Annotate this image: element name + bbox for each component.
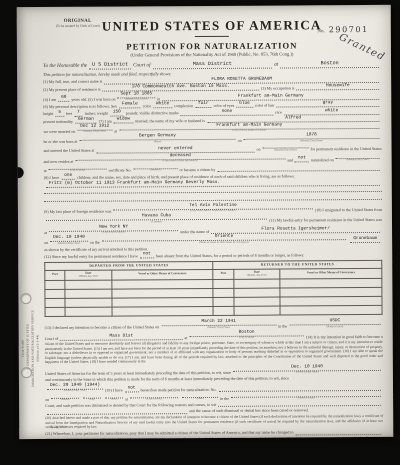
table-column-subheader: (Month, day, year) bbox=[236, 274, 277, 277]
table-column-header: Vessel or Other Means of Conveyance bbox=[280, 268, 382, 278]
typed-entry: Mass District bbox=[153, 62, 273, 69]
typed-entry: 1878(Month) (Day) (Year) bbox=[244, 133, 380, 143]
table-cell bbox=[45, 307, 65, 316]
typed-entry: not bbox=[295, 156, 309, 162]
typed-entry: blue bbox=[236, 102, 253, 108]
typed-text: Boston bbox=[280, 61, 379, 68]
table-cell bbox=[65, 289, 111, 298]
printed-label: color bbox=[143, 104, 151, 109]
typed-text bbox=[218, 402, 381, 408]
typed-entry: German bbox=[75, 117, 97, 123]
typed-entry: Frankfurt am-Main Germany(City or town) … bbox=[119, 123, 379, 134]
table-cell bbox=[214, 306, 234, 315]
printed-label: on bbox=[238, 138, 242, 143]
blank-field: (City or town) bbox=[130, 393, 178, 401]
table-row bbox=[45, 306, 382, 317]
form-line: Court ofMass DistatBoston(City or town)(… bbox=[45, 330, 383, 341]
printed-label: and entered the United States at bbox=[44, 148, 95, 153]
typed-text: Alfred bbox=[207, 116, 379, 123]
typed-entry: Bergen Germany(Place) bbox=[79, 134, 235, 144]
form-line: To the Honorable theU S DistrictCourt of… bbox=[43, 61, 381, 70]
typed-entry: Boston(City or town) bbox=[189, 330, 303, 340]
printed-label: Court, and such petition was dismissed o… bbox=[45, 402, 216, 408]
typed-entry: March 22 1941(Month) (Day) (Year) bbox=[161, 320, 276, 330]
typed-entry: Dec. 10 1940(Month) (Day) (Year) bbox=[50, 236, 88, 245]
field-caption: (Month) (Day) (Year) bbox=[274, 149, 297, 152]
typed-entry: 60 bbox=[58, 96, 69, 102]
form-line: atNew York NY(City or town) (State)under… bbox=[44, 224, 382, 235]
form-line: Dec. 20 1940 (1944)(Month) (Day) (Year)(… bbox=[45, 381, 383, 392]
typed-text bbox=[295, 430, 381, 435]
field-caption: (Place) bbox=[154, 141, 161, 144]
typed-text: 60 bbox=[58, 96, 69, 102]
printed-label: on bbox=[256, 147, 260, 152]
typed-entry: USDC(Name of court) bbox=[289, 319, 381, 329]
table-cell bbox=[234, 288, 280, 297]
blank-field bbox=[218, 402, 381, 408]
field-caption: (City, town, district, or province) (Cou… bbox=[190, 210, 235, 213]
typed-text: not bbox=[125, 386, 139, 392]
typed-text: 150 bbox=[110, 110, 124, 116]
printed-label: (11) My lawful entry for permanent resid… bbox=[269, 217, 382, 223]
printed-label: at bbox=[125, 396, 128, 401]
printed-label: on the bbox=[90, 240, 100, 245]
printed-label: (13) I declared my intention to become a… bbox=[45, 325, 160, 331]
typed-text: White bbox=[153, 103, 172, 109]
field-caption: (City or town) (State) bbox=[102, 232, 124, 235]
printed-label: This petition for naturalization, hereby… bbox=[43, 71, 172, 77]
typed-entry: Frankfurt am-Main Germany bbox=[162, 94, 379, 101]
typed-text: not bbox=[295, 156, 309, 162]
field-caption: (Month) (Day) (Year) bbox=[58, 242, 81, 245]
typed-text: widow bbox=[114, 117, 133, 123]
table-column-header: Date(Month, day, year) bbox=[65, 270, 111, 280]
field-caption: (City or town) (State or country) bbox=[232, 130, 266, 133]
table-column-subheader: (Month, day, year) bbox=[68, 275, 109, 278]
form-line: (12) Since my lawful entry for permanent… bbox=[44, 251, 382, 259]
blank-field bbox=[295, 430, 381, 435]
blank-field bbox=[219, 386, 382, 392]
table-cell bbox=[234, 306, 280, 315]
blank-field: (City or town) bbox=[49, 165, 107, 173]
typed-entry: Dec. 20 1940 (1944)(Month) (Day) (Year) bbox=[47, 383, 103, 393]
printed-label: and bbox=[287, 157, 293, 162]
table-column-header: Date(Month, day, year) bbox=[234, 269, 280, 279]
field-caption: (Month) (Day) (Year) bbox=[300, 140, 323, 143]
table-cell bbox=[234, 279, 280, 288]
field-caption: (Year) bbox=[111, 399, 118, 402]
typed-entry: deceased(City or town) (State and countr… bbox=[75, 153, 285, 164]
form-line: and now resides atdeceased(City or town)… bbox=[44, 153, 382, 164]
printed-label: color of hair bbox=[255, 103, 275, 108]
printed-label: and the cause of such dismissal or denia… bbox=[189, 408, 309, 414]
table-cell bbox=[213, 288, 233, 297]
form-line bbox=[44, 195, 382, 203]
typed-entry: gray bbox=[277, 101, 380, 108]
typed-text: German bbox=[75, 117, 97, 123]
field-caption: (City or town) (State and country) bbox=[163, 160, 198, 163]
field-caption: (Month) bbox=[61, 399, 70, 402]
typed-text: fair bbox=[195, 102, 212, 108]
table-column-header: Port bbox=[45, 270, 65, 280]
blank-field: (Name of court) bbox=[231, 392, 381, 401]
typed-entry: none bbox=[181, 109, 274, 116]
printed-label: and now resides at bbox=[44, 159, 74, 164]
blank-field: (Day) bbox=[83, 394, 101, 402]
typed-entry: Dec. 10 1940(Month) (Day) (Year) bbox=[233, 365, 381, 375]
typed-text: Housewife bbox=[296, 84, 379, 91]
table-column-header: Port bbox=[213, 269, 233, 279]
field-caption: (Country) bbox=[151, 221, 161, 224]
blank-field: (Year) bbox=[105, 393, 123, 401]
typed-entry: 5 bbox=[55, 110, 64, 116]
print-code: 14—26398-1 bbox=[49, 425, 66, 429]
printed-label: (21) Wherefore, I, your petitioner for n… bbox=[45, 430, 293, 437]
typed-entry: Mass Dist bbox=[60, 334, 182, 341]
printed-label: for permanent residence in the United St… bbox=[310, 146, 381, 152]
typed-entry: New York NY(City or town) (State) bbox=[49, 225, 178, 235]
table-cell bbox=[213, 279, 233, 288]
table-cell bbox=[45, 280, 65, 289]
form-line bbox=[44, 187, 382, 195]
printed-label: at bbox=[44, 230, 47, 235]
printed-label: at bbox=[184, 335, 187, 340]
printed-label: (6) My personal description is as follow… bbox=[43, 104, 117, 110]
blank-field: (Month) (Day) (Year) bbox=[336, 154, 380, 162]
field-caption: (Month) (Day) (Year) bbox=[346, 159, 369, 162]
typed-entry: not bbox=[125, 386, 139, 392]
typed-text bbox=[47, 409, 187, 414]
printed-label: complexion bbox=[174, 103, 193, 108]
typed-text bbox=[217, 166, 379, 172]
printed-label: (14) It is my intention in good faith to… bbox=[306, 334, 383, 340]
punch-hole-ring-1 bbox=[20, 293, 31, 304]
printed-label: or became a citizen by bbox=[179, 167, 215, 172]
typed-text bbox=[219, 386, 382, 392]
printed-label: been absent from the United States, for … bbox=[156, 252, 305, 258]
printed-label: Court of bbox=[133, 62, 150, 69]
typed-text: white bbox=[284, 108, 379, 115]
printed-label: (2) My present place of residence is bbox=[43, 86, 100, 92]
typed-entry: not bbox=[140, 252, 154, 258]
printed-label: United States of America for the term of… bbox=[45, 370, 231, 376]
typed-entry: Housewife bbox=[296, 84, 379, 91]
form-section-declaration: (13) I declared my intention to become a… bbox=[45, 319, 383, 341]
attachments-paragraph: (20) Attached hereto and made a part of … bbox=[45, 414, 383, 429]
typed-entry: Flora Rosetta Igersheimer/ bbox=[211, 227, 380, 234]
printed-label: years old. (5) I was born on bbox=[71, 97, 115, 102]
printed-label: (9) My last place of foreign residence w… bbox=[44, 209, 111, 215]
typed-entry: Boston bbox=[280, 61, 379, 68]
header-rule bbox=[195, 36, 229, 37]
printed-label: in the bbox=[220, 395, 229, 400]
table-cell bbox=[65, 280, 111, 289]
original-subtitle: (To be retained by Clerk of Court) bbox=[47, 24, 109, 28]
table-cell bbox=[280, 306, 382, 316]
field-caption: (Day) bbox=[89, 399, 95, 402]
printed-label: at bbox=[44, 168, 47, 173]
typed-text: 370 Commonwealth Ave. Boston 15 Mass. bbox=[102, 84, 259, 91]
table-cell bbox=[65, 307, 111, 316]
printed-label: To the Honorable the bbox=[43, 63, 87, 70]
field-caption: (Month) (Day) (Year) bbox=[64, 390, 87, 393]
petition-number-value: 290701 bbox=[329, 25, 369, 34]
printed-label: (8) I have bbox=[44, 175, 60, 180]
field-caption: (Name of court) bbox=[298, 397, 315, 400]
printed-label: naturalized on bbox=[311, 157, 334, 162]
typed-text: Grunebaum bbox=[350, 237, 380, 243]
field-caption: (Name of court) bbox=[327, 326, 344, 329]
typed-entry: Grunebaum bbox=[350, 237, 380, 243]
typed-entry: one bbox=[61, 174, 75, 180]
printed-label: at bbox=[274, 62, 278, 69]
typed-text: blue bbox=[236, 102, 253, 108]
printed-label: (1) My full, true, and correct name is bbox=[43, 79, 102, 85]
table-cell bbox=[213, 297, 233, 306]
form-line: Havana Cuba(Country)(11) My lawful entry… bbox=[44, 213, 382, 224]
typed-text: Female bbox=[119, 103, 141, 109]
form-line: (13) I declared my intention to become a… bbox=[45, 319, 383, 330]
blank-field: (State) bbox=[182, 393, 218, 401]
blank-field: (Number) bbox=[133, 164, 177, 172]
typed-entry: Tel Aviv Palestine(City, town, district,… bbox=[113, 203, 312, 213]
field-caption: (Month) (Day) (Year) bbox=[296, 371, 319, 374]
field-caption: (Month) (Day) (Year) bbox=[84, 131, 107, 134]
table-cell bbox=[112, 307, 214, 317]
field-caption: (City or town) bbox=[239, 337, 254, 340]
printed-label: height bbox=[43, 111, 53, 116]
typed-entry: Sept 18 1885(Month) (Day) (Year) bbox=[117, 92, 155, 101]
typed-text: one bbox=[61, 174, 75, 180]
table-cell bbox=[234, 297, 280, 306]
typed-entry: Havana Cuba(Country) bbox=[46, 214, 267, 225]
oath-paragraph: (22) I, aforesaid petitioner, do swear (… bbox=[45, 436, 383, 439]
printed-label: heretofore made petition for naturalizat… bbox=[141, 387, 217, 393]
printed-label: (19) I have bbox=[105, 387, 123, 392]
typed-entry: White bbox=[153, 103, 172, 109]
typed-entry: white bbox=[284, 108, 379, 115]
printed-label: feet bbox=[66, 111, 72, 116]
field-caption: (Number) bbox=[150, 170, 160, 173]
printed-label: under the name of bbox=[180, 229, 209, 234]
typed-entry: 150 bbox=[110, 110, 124, 116]
typed-entry: fair bbox=[195, 102, 212, 108]
printed-label: we were married on bbox=[43, 129, 75, 134]
form-section-top: To the Honorable theU S DistrictCourt of… bbox=[43, 61, 382, 259]
printed-label: inches; weight bbox=[85, 111, 108, 116]
typed-entry: Alfred bbox=[207, 116, 379, 123]
printed-label: present nationality bbox=[43, 118, 73, 123]
blank-field: (Month) bbox=[51, 394, 79, 402]
typed-text: 7 bbox=[74, 110, 83, 116]
printed-label: in the bbox=[278, 324, 287, 329]
typed-text: Flora Rosetta Igersheimer/ bbox=[211, 227, 380, 234]
printed-label: (12) Since my lawful entry for permanent… bbox=[44, 253, 138, 259]
printed-label: (4) I am bbox=[43, 97, 56, 102]
punch-hole-dark bbox=[17, 167, 24, 178]
form-line: (9) My last place of foreign residence w… bbox=[44, 203, 382, 214]
printed-label: Court of bbox=[45, 336, 58, 341]
printed-label: married; the name of my wife or husband … bbox=[135, 118, 205, 124]
printed-label: color of eyes bbox=[214, 103, 235, 108]
table-cell bbox=[65, 298, 111, 307]
printed-label: certificate No. bbox=[109, 167, 132, 172]
printed-label: as shown by the certificate of my arriva… bbox=[44, 246, 148, 252]
printed-label: on bbox=[44, 240, 48, 245]
table-cell bbox=[45, 298, 65, 307]
typed-text: U S District bbox=[89, 63, 131, 70]
field-caption: (Name of vessel or other means of convey… bbox=[199, 241, 249, 244]
form-line: he or she was born atBergen Germany(Plac… bbox=[43, 133, 381, 144]
original-copy-label: ORIGINAL (To be retained by Clerk of Cou… bbox=[47, 19, 109, 28]
typed-text: Mass District bbox=[153, 62, 273, 69]
typed-entry: 7 bbox=[74, 110, 83, 116]
petition-number-label: No. bbox=[317, 29, 324, 34]
punch-hole-ring-2 bbox=[21, 367, 32, 378]
typed-text: 5 bbox=[55, 110, 64, 116]
printed-label: (10) I emigrated to the United States fr… bbox=[315, 207, 382, 213]
typed-text: Frankfurt am-Main Germany bbox=[162, 94, 379, 101]
blank-field: (Month) (Day) (Year) bbox=[262, 144, 308, 152]
printed-label: (3) My occupation is bbox=[261, 85, 294, 90]
table-column-header: Vessel or Other Means of Conveyance bbox=[111, 269, 213, 279]
typed-entry: Oriente(Name of vessel or other means of… bbox=[102, 234, 347, 245]
form-line: United States of America for the term of… bbox=[45, 365, 383, 376]
printed-label: at bbox=[114, 129, 117, 134]
field-caption: (City or town) bbox=[70, 170, 85, 173]
blank-field bbox=[47, 409, 187, 414]
typed-text: not bbox=[140, 252, 154, 258]
form-section-residence: United States of America for the term of… bbox=[45, 365, 383, 415]
printed-label: pounds; visible distinctive marks bbox=[126, 111, 179, 117]
typed-entry: Dec 12 1912(Month) (Day) (Year) bbox=[77, 125, 112, 134]
typed-text: gray bbox=[277, 101, 380, 108]
typed-entry: 370 Commonwealth Ave. Boston 15 Mass. bbox=[102, 84, 259, 91]
printed-label: race bbox=[275, 110, 282, 115]
typed-entry: U S District bbox=[89, 63, 131, 70]
act-subtitle: (Under General Provisions of the Nationa… bbox=[43, 51, 381, 58]
form-line: we were married onDec 12 1912(Month) (Da… bbox=[43, 123, 381, 134]
absence-table: DEPARTED FROM THE UNITED STATESRETURNED … bbox=[44, 260, 382, 317]
typed-entry: widow bbox=[114, 117, 133, 123]
form-line: onDec. 10 1940(Month) (Day) (Year)on the… bbox=[44, 234, 382, 245]
field-caption: (City or town) bbox=[147, 398, 162, 401]
printed-label: on bbox=[45, 397, 49, 402]
blank-field bbox=[217, 166, 379, 172]
allegiance-paragraph: citizen of the United States and to reno… bbox=[45, 340, 383, 364]
typed-text: Mass Dist bbox=[60, 334, 182, 341]
field-caption: (State) bbox=[196, 398, 203, 401]
field-caption: (Month) (Day) (Year) bbox=[207, 327, 230, 330]
petition-document-page: ORIGINAL (To be retained by Clerk of Cou… bbox=[17, 5, 394, 439]
typed-text: none bbox=[181, 109, 274, 116]
printed-label: he or she was born at bbox=[43, 139, 77, 144]
table-cell bbox=[45, 289, 65, 298]
form-title: PETITION FOR NATURALIZATION bbox=[43, 39, 381, 51]
typed-entry: Female bbox=[119, 103, 141, 109]
